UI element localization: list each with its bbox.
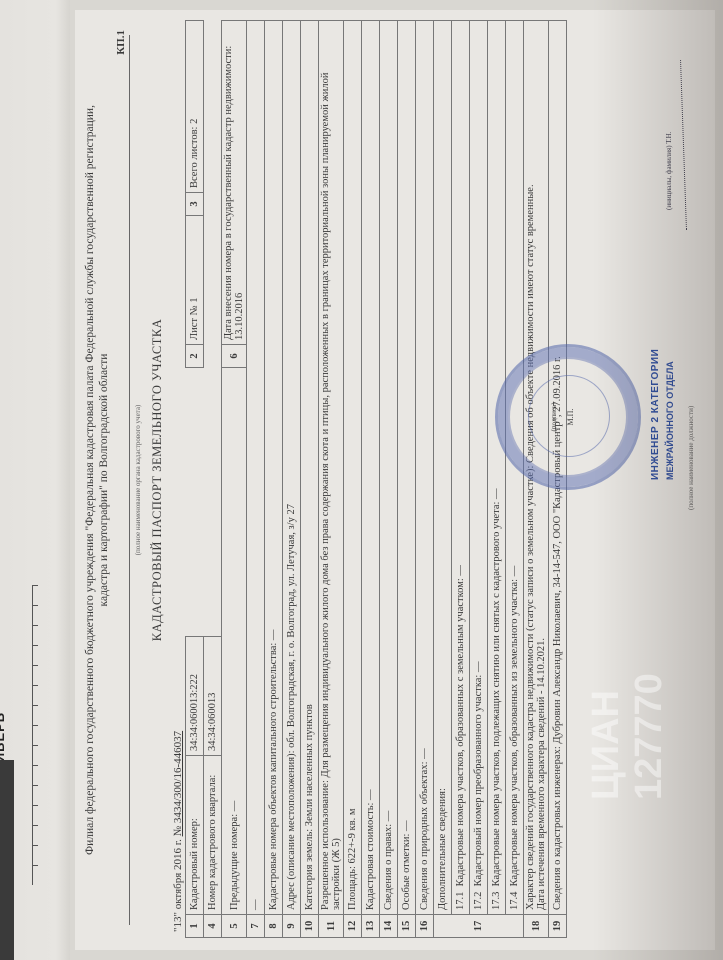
table-row: 15 Особые отметки: — (398, 21, 416, 938)
total-sheets: Всего листов: 2 (186, 21, 204, 193)
sub-row-17-1: 17.1 Кадастровые номера участков, образо… (452, 21, 470, 915)
cadastral-number-value: 34:34:060013:222 (186, 637, 204, 756)
row-7-value: — (247, 21, 265, 915)
document-number: № 3434/300/16-446037 (172, 731, 184, 837)
cadastral-passport-page: Филиал федерального государственного бюд… (75, 10, 715, 950)
row-number: 4 (204, 915, 222, 938)
row-number: 15 (398, 915, 416, 938)
rights-info: Сведения о правах: — (380, 21, 398, 915)
document-title: КАДАСТРОВЫЙ ПАСПОРТ ЗЕМЕЛЬНОГО УЧАСТКА (150, 10, 165, 950)
signature-stroke (680, 60, 687, 230)
sheet-number: Лист № 1 (186, 216, 204, 345)
address: Адрес (описание местоположения): обл. Во… (283, 21, 301, 915)
issuer-line-1: Филиал федерального государственного бюд… (83, 10, 97, 950)
table-row: 17.2 Кадастровый номер преобразованного … (470, 21, 488, 938)
row-number: 17 (434, 915, 524, 938)
table-row: 5 Предыдущие номера: — 6 Дата внесения н… (222, 21, 247, 938)
table-row: 17.4 Кадастровые номера участков, образо… (506, 21, 524, 938)
row-number: 12 (344, 915, 362, 938)
issuer-line-2: кадастра и картографии" по Волгоградской… (97, 10, 111, 950)
quarter-number-label: Номер кадастрового квартала: (204, 756, 222, 915)
sub-row-17-3: 17.3 Кадастровые номера участков, подлеж… (488, 21, 506, 915)
issuer-underline (129, 35, 130, 925)
position-stamp: ИНЖЕНЕР 2 КАТЕГОРИИ (650, 349, 661, 480)
row-number: 19 (549, 915, 567, 938)
area: Площадь: 622+-9 кв. м (344, 21, 362, 915)
row-number: 1 (186, 915, 204, 938)
table-row: 17.3 Кадастровые номера участков, подлеж… (488, 21, 506, 938)
form-code: КП.1 (115, 30, 127, 55)
permitted-use: Разрешенное использование: Для размещени… (319, 21, 344, 915)
row-number: 6 (222, 345, 247, 368)
table-row: 13 Кадастровая стоимость: — (362, 21, 380, 938)
table-row: 16 Сведения о природных объектах: — (416, 21, 434, 938)
row-number: 13 (362, 915, 380, 938)
adjacent-sheet-edge: ЖИЛДУИВЕРБ (0, 0, 70, 960)
name-stamp: (инициалы, фамилия) Т.Н. (665, 132, 673, 210)
position-caption: (полное наименование должности) (687, 406, 695, 510)
department-stamp: МЕЖРАЙОННОГО ОТДЕЛА (665, 361, 675, 480)
table-row: 11 Разрешенное использование: Для размещ… (319, 21, 344, 938)
capital-objects: Кадастровые номера объектов капитального… (265, 21, 283, 915)
cadastral-value: Кадастровая стоимость: — (362, 21, 380, 915)
issuer-header: Филиал федерального государственного бюд… (83, 10, 111, 950)
row-number: 2 (186, 345, 204, 368)
land-category: Категория земель: Земли населенных пункт… (301, 21, 319, 915)
table-row: 14 Сведения о правах: — (380, 21, 398, 938)
ruler-ticks (32, 585, 41, 885)
issuer-caption: (полное наименование органа кадастрового… (131, 10, 145, 950)
row-number: 16 (416, 915, 434, 938)
watermark: ЦИАН 127770 (585, 662, 671, 800)
row-number: 11 (319, 915, 344, 938)
table-row: 17.1 Кадастровые номера участков, образо… (452, 21, 470, 938)
table-row: 7 — (247, 21, 265, 938)
table-row: 8 Кадастровые номера объектов капитально… (265, 21, 283, 938)
sub-row-17-2: 17.2 Кадастровый номер преобразованного … (470, 21, 488, 915)
row-number: 18 (524, 915, 549, 938)
row-number: 7 (247, 915, 265, 938)
additional-info: Дополнительные сведения: (434, 21, 452, 915)
natural-objects: Сведения о природных объектах: — (416, 21, 434, 915)
table-row: 1 Кадастровый номер: 34:34:060013:222 2 … (186, 21, 204, 938)
dark-edge-strip (0, 760, 14, 960)
table-row: 10 Категория земель: Земли населенных пу… (301, 21, 319, 938)
passport-table: 1 Кадастровый номер: 34:34:060013:222 2 … (185, 20, 567, 938)
special-notes: Особые отметки: — (398, 21, 416, 915)
row-number: 3 (186, 193, 204, 216)
previous-numbers: Предыдущие номера: — (222, 368, 247, 915)
quarter-number-value: 34:34:060013 (204, 637, 222, 756)
row-number: 8 (265, 915, 283, 938)
signature-caption: (подпись) (550, 347, 558, 487)
row-number: 14 (380, 915, 398, 938)
official-seal: (подпись) М.П. (495, 344, 641, 490)
document-date: "13" октября 2016 г. (172, 839, 184, 932)
seal-mp: М.П. (566, 347, 575, 487)
registration-date: Дата внесения номера в государственный к… (222, 21, 247, 345)
cadastral-number-label: Кадастровый номер: (186, 756, 204, 915)
table-row: 9 Адрес (описание местоположения): обл. … (283, 21, 301, 938)
document-date-number: "13" октября 2016 г. № 3434/300/16-44603… (172, 731, 184, 932)
table-row: 17 Дополнительные сведения: (434, 21, 452, 938)
row-number: 9 (283, 915, 301, 938)
row-number: 5 (222, 915, 247, 938)
table-row: 4 Номер кадастрового квартала: 34:34:060… (204, 21, 222, 938)
row-number: 10 (301, 915, 319, 938)
table-row: 12 Площадь: 622+-9 кв. м (344, 21, 362, 938)
